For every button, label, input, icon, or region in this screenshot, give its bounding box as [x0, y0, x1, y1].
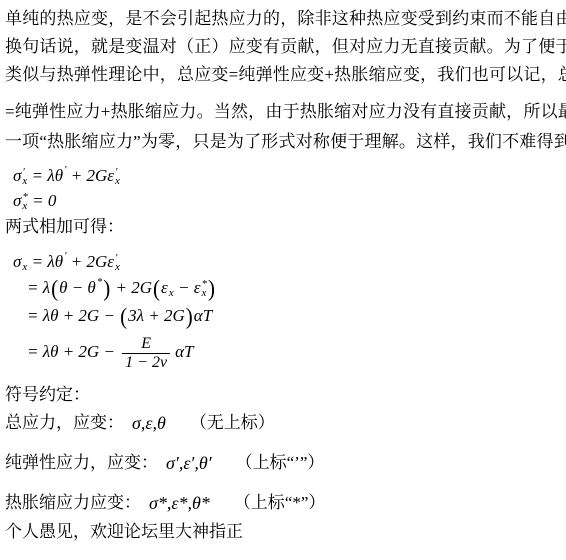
- symbol-math: σ′,ε′,θ′: [166, 450, 212, 476]
- symbol-label: 纯弹性应力，应变：: [5, 450, 158, 476]
- paragraph-2: =纯弹性应力+热胀缩应力。当然，由于热胀缩对应力没有直接贡献，所以最后那 一项“…: [5, 97, 561, 157]
- symbol-label: 热胀缩应力应变：: [5, 490, 141, 516]
- symbol-note: （上标“’”）: [236, 450, 325, 476]
- symbol-math: σ*,ε*,θ*: [149, 490, 210, 516]
- formula-total-stress-step4: = λθ + 2G − E1 − 2vαT: [5, 332, 561, 372]
- formula-total-stress-step1: σx = λθ′ + 2Gε′x: [5, 249, 561, 274]
- symbol-line-elastic: 纯弹性应力，应变： σ′,ε′,θ′ （上标“’”）: [5, 450, 561, 476]
- closing-remark: 个人愚见，欢迎论坛里大神指正: [5, 518, 561, 546]
- symbols-heading: 符号约定：: [5, 382, 561, 408]
- document-page: 单纯的热应变，是不会引起热应力的，除非这种热应变受到约束而不能自由发生。 换句话…: [0, 0, 566, 546]
- symbol-line-total: 总应力，应变： σ,ε,θ （无上标）: [5, 410, 561, 436]
- symbol-line-thermal: 热胀缩应力应变： σ*,ε*,θ* （上标“*”）: [5, 490, 561, 516]
- paragraph-line: 换句话说，就是变温对（正）应变有贡献，但对应力无直接贡献。为了便于理解，: [5, 33, 561, 61]
- paragraph-line: 单纯的热应变，是不会引起热应力的，除非这种热应变受到约束而不能自由发生。: [5, 5, 561, 33]
- paragraph-line: 类似与热弹性理论中，总应变=纯弹性应变+热胀缩应变，我们也可以记，总应力: [5, 61, 561, 89]
- formula-total-stress-step3: = λθ + 2G − (3λ + 2G)αT: [5, 302, 561, 330]
- formula-elastic-stress: σ′x = λθ′ + 2Gε′x: [5, 163, 561, 188]
- formula-thermal-stress-zero: σ*x = 0: [5, 188, 561, 213]
- symbol-label: 总应力，应变：: [5, 410, 124, 436]
- formula-total-stress-step2: = λ(θ − θ*) + 2G(εx − ε*x): [5, 274, 561, 302]
- symbol-math: σ,ε,θ: [132, 410, 166, 436]
- symbol-note: （上标“*”）: [234, 490, 326, 516]
- paragraph-line: 一项“热胀缩应力”为零，只是为了形式对称便于理解。这样，我们不难得到：: [5, 127, 561, 157]
- mid-text: 两式相加可得：: [5, 213, 561, 241]
- symbol-note: （无上标）: [190, 410, 275, 436]
- paragraph-1: 单纯的热应变，是不会引起热应力的，除非这种热应变受到约束而不能自由发生。 换句话…: [5, 5, 561, 89]
- paragraph-line: =纯弹性应力+热胀缩应力。当然，由于热胀缩对应力没有直接贡献，所以最后那: [5, 97, 561, 127]
